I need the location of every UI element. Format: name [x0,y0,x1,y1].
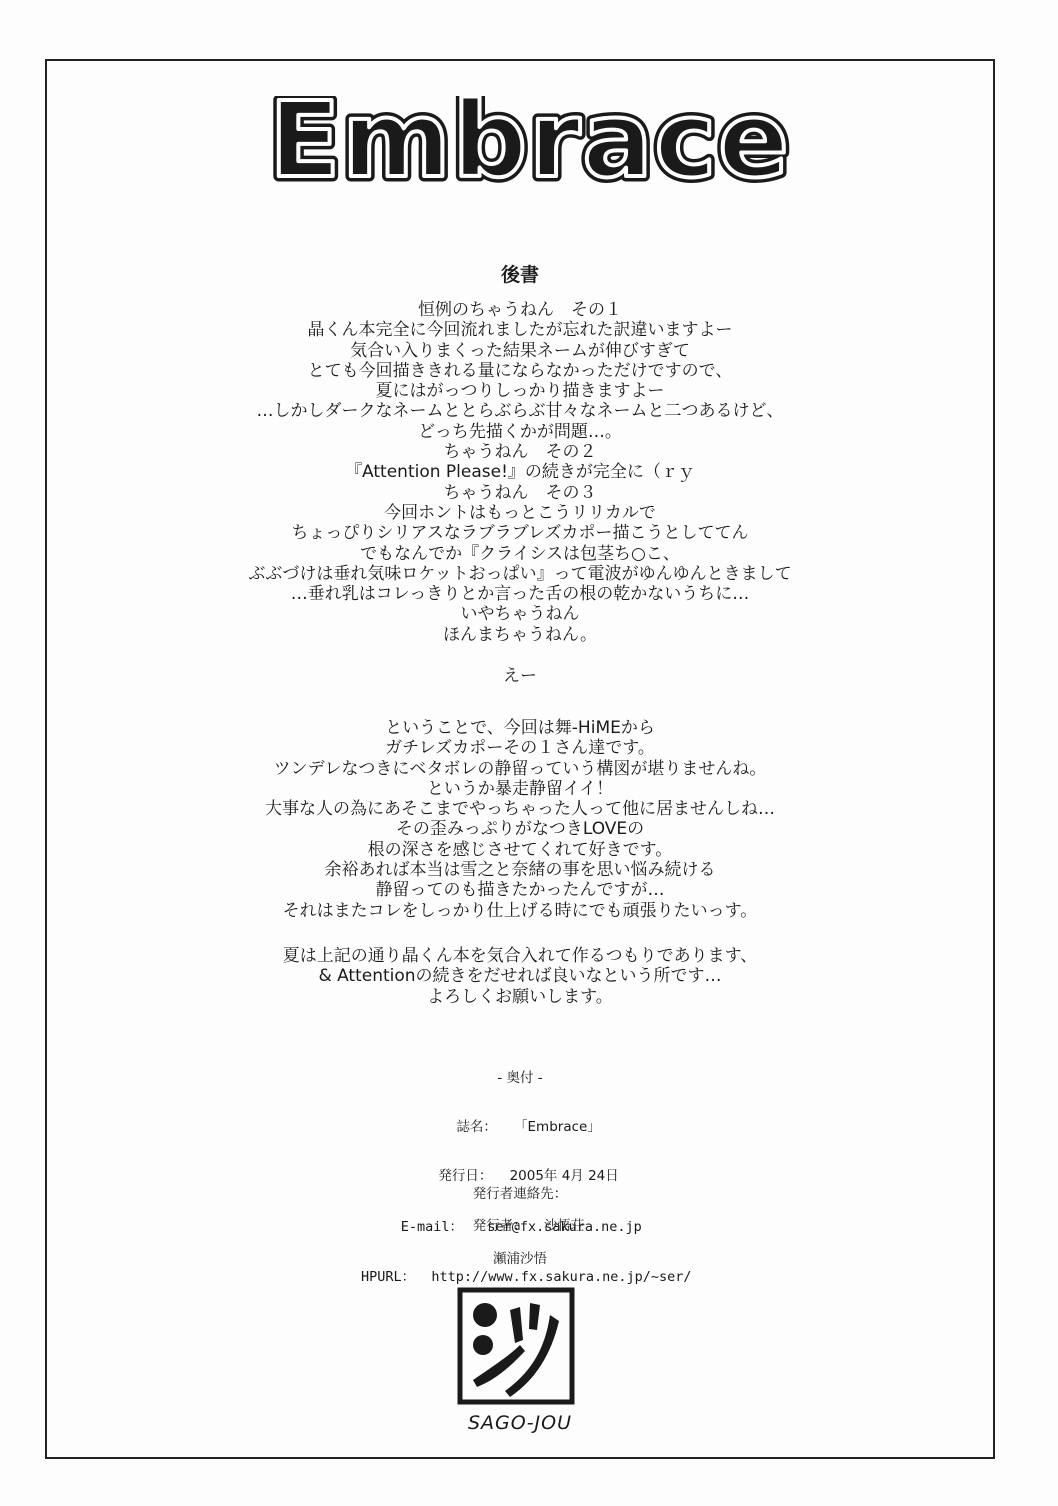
colophon-row-title: 誌名： 「Embrace」 [45,1102,995,1152]
colophon-title: - 奥付 - [45,1070,995,1087]
body-line: & Attentionの続きをだせれば良いなという所です… [45,966,995,986]
contact-heading: 発行者連絡先： [45,1186,995,1203]
afterword-text: 恒例のちゃうねん その１ 晶くん本完全に今回流れましたが忘れた訳違いますよー 気… [45,300,995,645]
afterword-line: ちゃうねん その３ [45,483,995,503]
interlude-text: えー [45,666,995,686]
embrace-logo: Embrace Embrace [210,96,850,196]
logo-text-inner: Embrace [269,96,791,196]
body-line: よろしくお願いします。 [45,987,995,1007]
homepage-link[interactable]: http://www.fx.sakura.ne.jp/~ser/ [431,1269,691,1285]
afterword-line: …垂れ乳はコレっきりとか言った舌の根の乾かないうちに… [45,584,995,604]
body-line: それはまたコレをしっかり仕上げる時にでも頑張りたいっす。 [45,901,995,921]
afterword-line: どっち先描くかが問題…。 [45,422,995,442]
email-label: E-mail： [401,1219,463,1235]
interlude-heading: えー [45,666,995,686]
body-line: ということで、今回は舞-HiMEから [45,718,995,738]
colophon-value: 2005年 4月 24日 [510,1168,619,1185]
colophon-value: 「Embrace」 [514,1119,601,1136]
body-line: というか暴走静留イイ！ [45,779,995,799]
colophon-label: 誌名： [456,1119,497,1136]
afterword-line: 恒例のちゃうねん その１ [45,300,995,320]
afterword-line: ほんまちゃうねん。 [45,625,995,645]
afterword-line: ちゃうねん その２ [45,442,995,462]
colophon-label: 発行日： [438,1168,492,1185]
seal-dot-2 [473,1335,493,1355]
body-paragraph-1: ということで、今回は舞-HiMEから ガチレズカポーその１さん達です。 ツンデレ… [45,718,995,921]
body-line: ツンデレなつきにベタボレの静留っていう構図が堪りませんね。 [45,759,995,779]
url-label: HPURL： [361,1269,415,1285]
afterword-heading: 後書 [45,260,995,287]
seal-dot-1 [473,1303,497,1327]
afterword-line: 晶くん本完全に今回流れましたが忘れた訳違いますよー [45,320,995,340]
afterword-line: ぶぶづけは垂れ気味ロケットおっぱい』って電波がゆんゆんときまして [45,564,995,584]
afterword-line: いやちゃうねん [45,604,995,624]
body-paragraph-2: 夏は上記の通り晶くん本を気合入れて作るつもりであります、 & Attention… [45,946,995,1007]
colophon-heading: - 奥付 - [45,1070,995,1087]
email-link[interactable]: ser@fx.sakura.ne.jp [487,1219,641,1235]
afterword-line: ちょっぴりシリアスなラブラブレズカポー描こうとしててん [45,523,995,543]
email-row: E-mail： ser@fx.sakura.ne.jp [45,1203,995,1253]
sago-jou-seal-logo [455,1285,577,1407]
afterword-line: …しかしダークなネームととらぶらぶ甘々なネームと二つあるけど、 [45,401,995,421]
body-line: 余裕あれば本当は雪之と奈緒の事を思い悩み続ける [45,860,995,880]
body-line: その歪みっぷりがなつきLOVEの [45,819,995,839]
body-line: 静留ってのも描きたかったんですが… [45,880,995,900]
body-line: 大事な人の為にあそこまでやっちゃった人って他に居ませんしね… [45,799,995,819]
body-line: ガチレズカポーその１さん達です。 [45,738,995,758]
seal-caption: SAGO-JOU [455,1412,585,1434]
afterword-line: 今回ホントはもっとこうリリカルで [45,503,995,523]
afterword-line: 気合い入りまくった結果ネームが伸びすぎて [45,341,995,361]
afterword-line: 夏にはがっつりしっかり描きますよー [45,381,995,401]
afterword-line: とても今回描ききれる量にならなかっただけですので、 [45,361,995,381]
afterword-line: でもなんでか『クライシスは包茎ち○こ、 [45,544,995,564]
body-line: 夏は上記の通り晶くん本を気合入れて作るつもりであります、 [45,946,995,966]
body-line: 根の深さを感じさせてくれて好きです。 [45,840,995,860]
afterword-line: 『Attention Please!』の続きが完全に（ｒｙ [45,462,995,482]
